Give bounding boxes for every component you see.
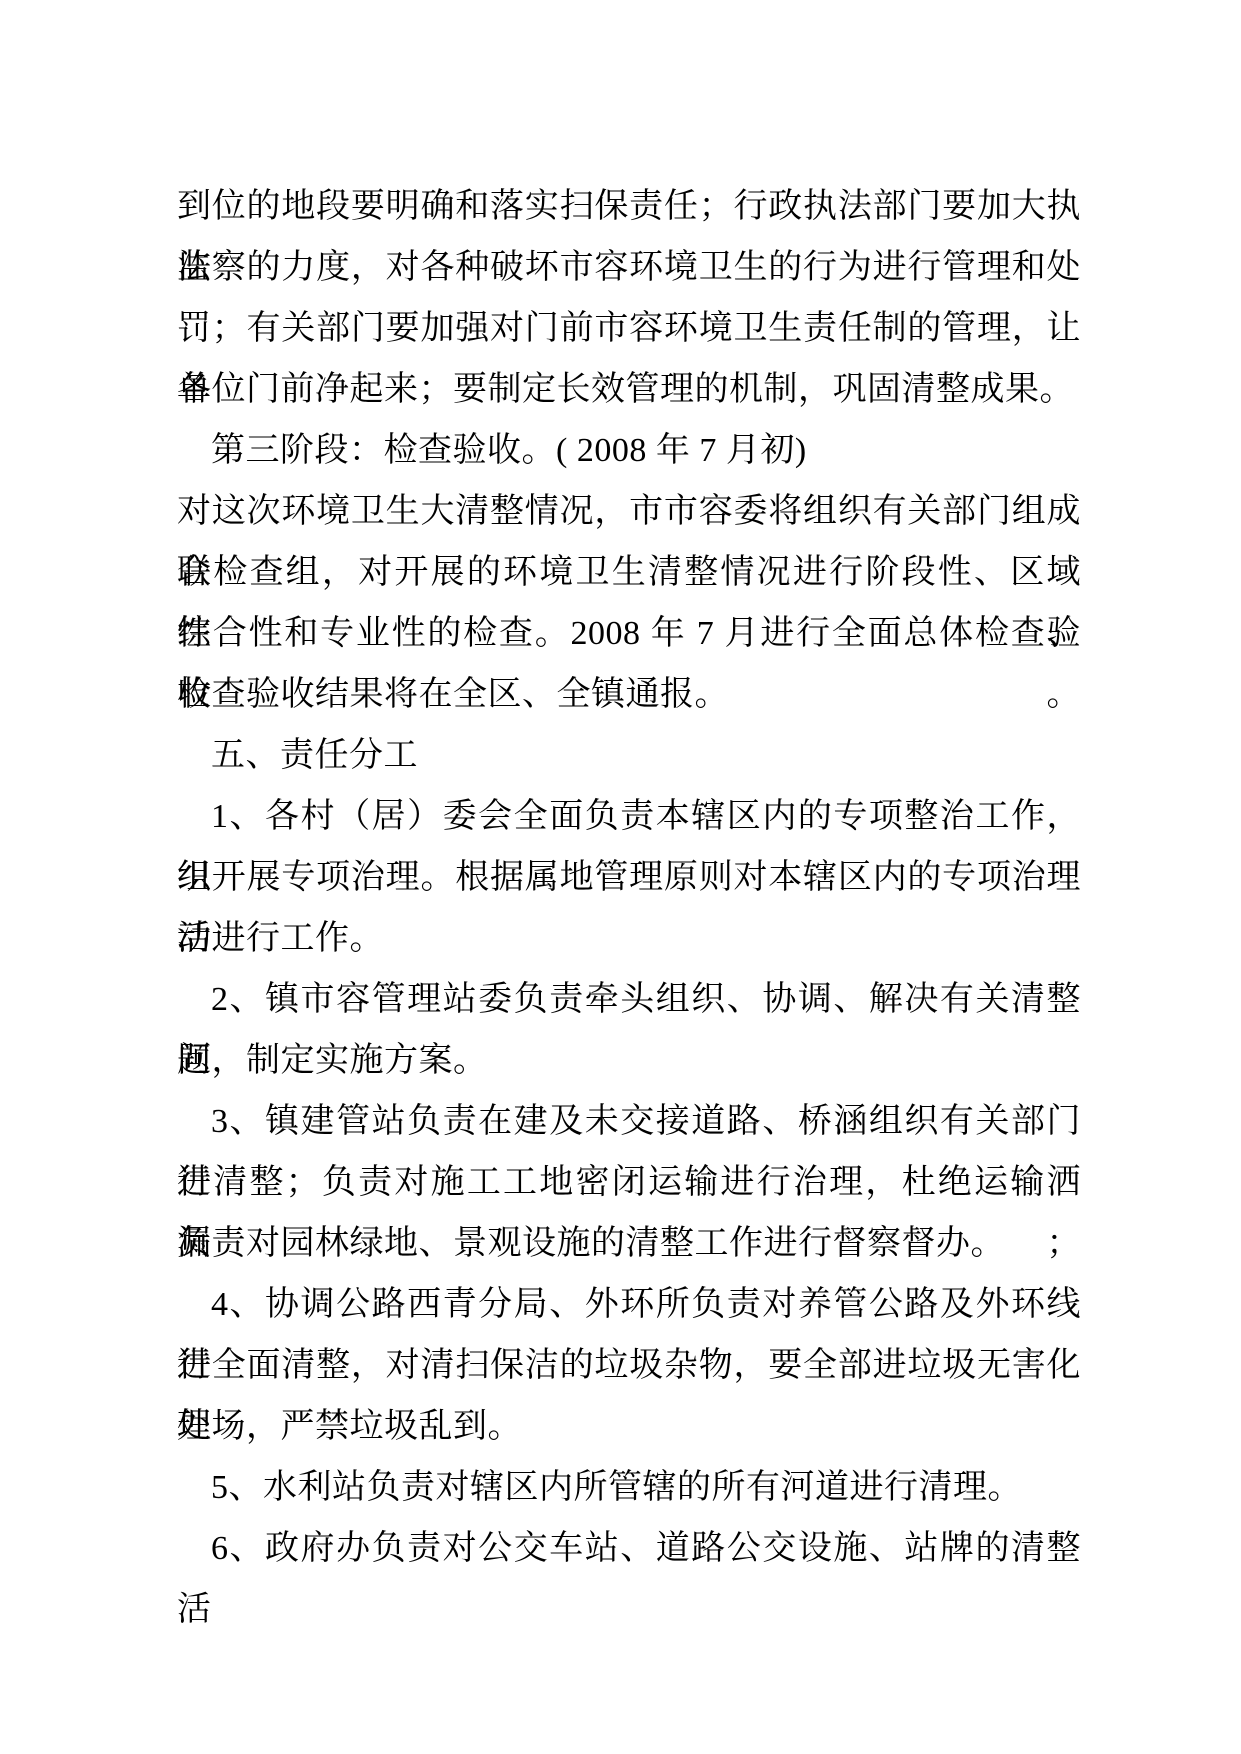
- text-line: 单位门前净起来；要制定长效管理的机制，巩固清整成果。: [177, 359, 1081, 420]
- text-line: 1、各村（居）委会全面负责本辖区内的专项整治工作，组: [177, 786, 1081, 847]
- text-line: 5、水利站负责对辖区内所管辖的所有河道进行清理。: [177, 1457, 1081, 1518]
- text-line: 综合性和专业性的检查。2008 年 7 月进行全面总体检查验收。: [177, 603, 1081, 664]
- text-line: 五、责任分工: [177, 725, 1081, 786]
- text-line: 理场，严禁垃圾乱到。: [177, 1396, 1081, 1457]
- text-line: 监察的力度，对各种破坏市容环境卫生的行为进行管理和处: [177, 237, 1081, 298]
- text-line: 行清整；负责对施工工地密闭运输进行治理，杜绝运输洒漏；: [177, 1152, 1081, 1213]
- text-line: 2、镇市容管理站委负责牵头组织、协调、解决有关清整问: [177, 969, 1081, 1030]
- text-line: 6、政府办负责对公交车站、道路公交设施、站牌的清整活: [177, 1518, 1081, 1579]
- text-line: 动进行工作。: [177, 908, 1081, 969]
- text-line: 3、镇建管站负责在建及未交接道路、桥涵组织有关部门进: [177, 1091, 1081, 1152]
- text-line: 负责对园林绿地、景观设施的清整工作进行督察督办。: [177, 1213, 1081, 1274]
- text-line: 合检查组，对开展的环境卫生清整情况进行阶段性、区域性、: [177, 542, 1081, 603]
- text-line: 到位的地段要明确和落实扫保责任；行政执法部门要加大执法: [177, 176, 1081, 237]
- text-line: 织开展专项治理。根据属地管理原则对本辖区内的专项治理活: [177, 847, 1081, 908]
- text-line: 罚；有关部门要加强对门前市容环境卫生责任制的管理，让各: [177, 298, 1081, 359]
- text-line: 行全面清整，对清扫保洁的垃圾杂物，要全部进垃圾无害化处: [177, 1335, 1081, 1396]
- document-page: 到位的地段要明确和落实扫保责任；行政执法部门要加大执法监察的力度，对各种破坏市容…: [0, 0, 1241, 1754]
- text-line: 对这次环境卫生大清整情况，市市容委将组织有关部门组成联: [177, 481, 1081, 542]
- document-text-block: 到位的地段要明确和落实扫保责任；行政执法部门要加大执法监察的力度，对各种破坏市容…: [177, 176, 1081, 1579]
- text-line: 第三阶段：检查验收。( 2008 年 7 月初): [177, 420, 1081, 481]
- text-line: 4、协调公路西青分局、外环所负责对养管公路及外环线进: [177, 1274, 1081, 1335]
- text-line: 题，制定实施方案。: [177, 1030, 1081, 1091]
